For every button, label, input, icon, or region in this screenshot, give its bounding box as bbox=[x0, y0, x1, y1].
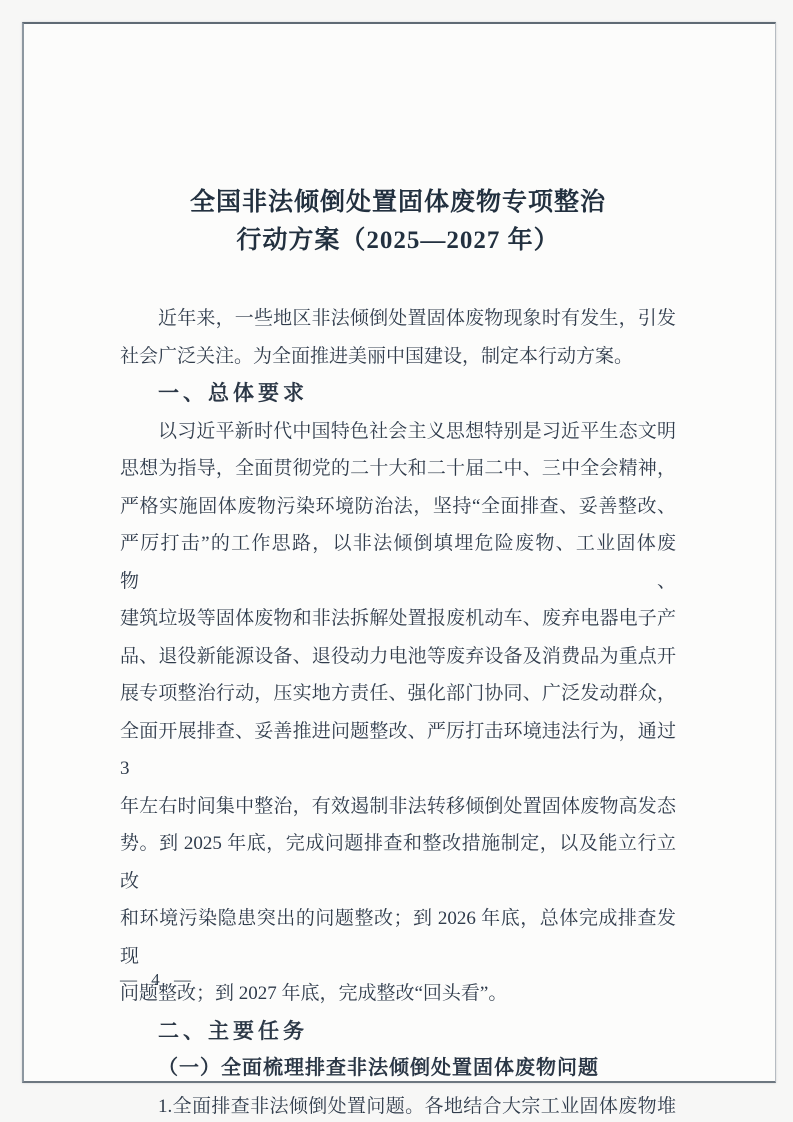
intro-line: 社会广泛关注。为全面推进美丽中国建设，制定本行动方案。 bbox=[120, 338, 676, 376]
paragraph-line: 建筑垃圾等固体废物和非法拆解处置报废机动车、废弃电器电子产 bbox=[120, 600, 676, 638]
document-title-line1: 全国非法倾倒处置固体废物专项整治 bbox=[120, 184, 676, 222]
document-title: 全国非法倾倒处置固体废物专项整治 行动方案（2025—2027 年） bbox=[120, 184, 676, 260]
section-1-heading: 一、总体要求 bbox=[120, 375, 676, 413]
section-2-heading: 二、主要任务 bbox=[120, 1013, 676, 1051]
paragraph-line: 品、退役新能源设备、退役动力电池等废弃设备及消费品为重点开 bbox=[120, 638, 676, 676]
paragraph-line: 严厉打击”的工作思路，以非法倾倒填埋危险废物、工业固体废物、 bbox=[120, 525, 676, 600]
paragraph-line: 以习近平新时代中国特色社会主义思想特别是习近平生态文明 bbox=[120, 413, 676, 451]
paragraph-line: 年左右时间集中整治，有效遏制非法转移倾倒处置固体废物高发态 bbox=[120, 788, 676, 826]
paragraph-line: 思想为指导，全面贯彻党的二十大和二十届二中、三中全会精神， bbox=[120, 450, 676, 488]
intro-line: 近年来，一些地区非法倾倒处置固体废物现象时有发生，引发 bbox=[120, 300, 676, 338]
paragraph-line: 和环境污染隐患突出的问题整改；到 2026 年底，总体完成排查发现 bbox=[120, 900, 676, 975]
paragraph-line: 严格实施固体废物污染环境防治法，坚持“全面排查、妥善整改、 bbox=[120, 488, 676, 526]
paragraph-line: 展专项整治行动，压实地方责任、强化部门协同、广泛发动群众， bbox=[120, 675, 676, 713]
paragraph-line: 势。到 2025 年底，完成问题排查和整改措施制定，以及能立行立改 bbox=[120, 825, 676, 900]
paragraph-line: 全面开展排查、妥善推进问题整改、严厉打击环境违法行为，通过 3 bbox=[120, 713, 676, 788]
paragraph-line: 1.全面排查非法倾倒处置问题。各地结合大宗工业固体废物堆 bbox=[120, 1088, 676, 1122]
scanned-page: 全国非法倾倒处置固体废物专项整治 行动方案（2025—2027 年） 近年来，一… bbox=[22, 22, 776, 1083]
document-body: 近年来，一些地区非法倾倒处置固体废物现象时有发生，引发 社会广泛关注。为全面推进… bbox=[120, 300, 676, 1122]
document-title-line2: 行动方案（2025—2027 年） bbox=[120, 222, 676, 260]
page-number: — 4 — bbox=[120, 970, 196, 990]
paragraph-line: 问题整改；到 2027 年底，完成整改“回头看”。 bbox=[120, 975, 676, 1013]
section-2-subsection-1-heading: （一）全面梳理排查非法倾倒处置固体废物问题 bbox=[120, 1050, 676, 1088]
